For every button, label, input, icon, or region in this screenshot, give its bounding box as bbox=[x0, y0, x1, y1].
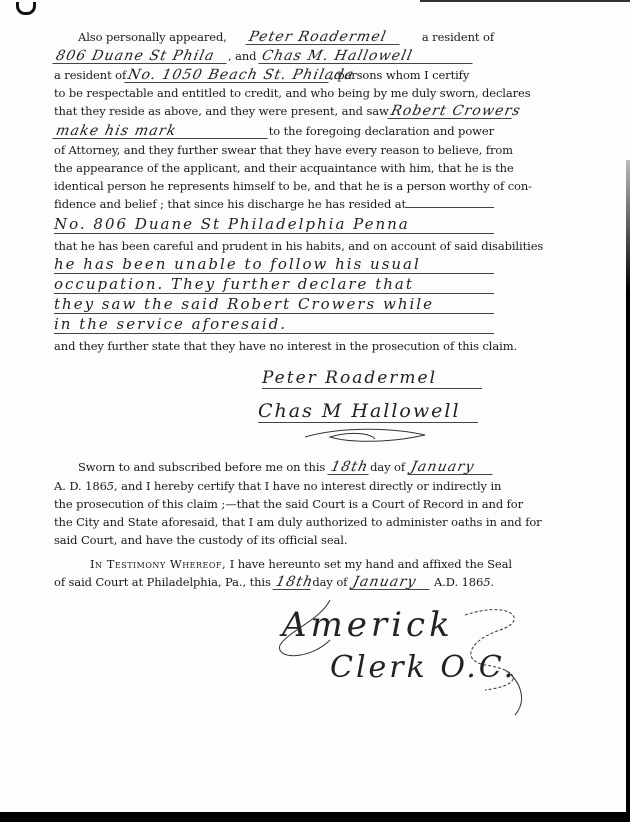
testimony-day-field: 18th bbox=[273, 575, 314, 590]
static-text: of said Court at Philadelphia, Pa., this bbox=[54, 575, 271, 589]
para1-line3: a resident of No. 1050 Beach St. Philada… bbox=[54, 68, 494, 83]
para1-line2: 806 Duane St Phila , and Chas M. Hallowe… bbox=[54, 49, 494, 64]
testimony-year-digit: 5. bbox=[483, 575, 494, 589]
para1-line6: make his mark to the foregoing declarati… bbox=[54, 124, 494, 139]
static-text: said Court, and have the custody of its … bbox=[54, 533, 347, 547]
static-text: , and bbox=[228, 49, 256, 63]
para1-line8: the appearance of the applicant, and the… bbox=[54, 161, 494, 175]
witness1-signature: Peter Roadermel bbox=[262, 368, 482, 389]
witness1-name-field: Peter Roadermel bbox=[246, 30, 403, 45]
static-text: , and I hereby certify that I have no in… bbox=[114, 479, 501, 493]
static-text: the City and State aforesaid, that I am … bbox=[54, 515, 542, 529]
para2-line4: the City and State aforesaid, that I am … bbox=[54, 515, 494, 529]
para1-line7: of Attorney, and they further swear that… bbox=[54, 143, 494, 157]
statement-line-1: he has been unable to follow his usual bbox=[54, 256, 494, 274]
static-text: that they reside as above, and they were… bbox=[54, 104, 389, 118]
static-text: identical person he represents himself t… bbox=[54, 179, 532, 193]
scan-bottom-edge bbox=[0, 812, 630, 822]
static-text: fidence and belief ; that since his disc… bbox=[54, 197, 406, 211]
witness2-address-field: No. 1050 Beach St. Philada bbox=[125, 68, 332, 83]
static-text: A. D. 186 bbox=[54, 479, 107, 493]
testimony-month-field: January bbox=[349, 575, 432, 590]
scan-top-edge bbox=[420, 0, 630, 2]
static-text: a resident of bbox=[54, 68, 126, 82]
static-text: the appearance of the applicant, and the… bbox=[54, 161, 514, 175]
applicant-name-field: Robert Crowers bbox=[387, 104, 514, 119]
blank-line bbox=[406, 197, 494, 208]
static-text: that he has been careful and prudent in … bbox=[54, 239, 543, 253]
clerk-flourish-icon bbox=[270, 590, 530, 720]
statement-line-2: occupation. They further declare that bbox=[54, 276, 494, 294]
static-text: to be respectable and entitled to credit… bbox=[54, 86, 531, 100]
sworn-month-field: January bbox=[407, 460, 496, 475]
para3-line2: of said Court at Philadelphia, Pa., this… bbox=[54, 575, 494, 590]
static-text: day of bbox=[312, 575, 347, 589]
static-text: A.D. 186 bbox=[434, 575, 483, 589]
static-text: day of bbox=[370, 460, 405, 474]
static-text: and they further state that they have no… bbox=[54, 339, 517, 353]
para1-line1: Also personally appeared, Peter Roaderme… bbox=[54, 30, 494, 45]
para1-line4: to be respectable and entitled to credit… bbox=[54, 86, 494, 100]
statement-line-4: in the service aforesaid. bbox=[54, 316, 494, 334]
witness2-name-field: Chas M. Hallowell bbox=[258, 49, 475, 64]
para3-line1: In Testimony Whereof, I have hereunto se… bbox=[54, 557, 494, 571]
para2-line2: A. D. 186 5 , and I hereby certify that … bbox=[54, 479, 494, 493]
static-text: to the foregoing declaration and power bbox=[269, 124, 494, 138]
para2-line5: said Court, and have the custody of its … bbox=[54, 533, 494, 547]
witness1-address-field: 806 Duane St Phila bbox=[52, 49, 229, 64]
para1-line5: that they reside as above, and they were… bbox=[54, 104, 494, 119]
static-text: of Attorney, and they further swear that… bbox=[54, 143, 513, 157]
static-text: I have hereunto set my hand and affixed … bbox=[230, 557, 512, 571]
para1-line9: identical person he represents himself t… bbox=[54, 179, 494, 193]
document-page: Also personally appeared, Peter Roaderme… bbox=[0, 0, 630, 822]
static-text: Sworn to and subscribed before me on thi… bbox=[78, 460, 325, 474]
static-text: a resident of bbox=[422, 30, 494, 44]
sworn-year-digit: 5 bbox=[107, 479, 114, 493]
scan-corner-mark bbox=[16, 2, 36, 15]
witness2-signature: Chas M Hallowell bbox=[258, 400, 478, 423]
residence-field: No. 806 Duane St Philadelphia Penna bbox=[54, 216, 494, 234]
para1-line10: fidence and belief ; that since his disc… bbox=[54, 197, 494, 211]
static-text: Also personally appeared, bbox=[78, 30, 227, 44]
testimony-heading: In Testimony Whereof, bbox=[90, 557, 226, 571]
scan-right-edge bbox=[626, 160, 630, 822]
para1-line17: and they further state that they have no… bbox=[54, 339, 494, 353]
statement-line-3: they saw the said Robert Crowers while bbox=[54, 296, 494, 314]
para2-line1: Sworn to and subscribed before me on thi… bbox=[54, 460, 494, 475]
signature-flourish-icon bbox=[300, 425, 430, 445]
static-text: the prosecution of this claim ;—that the… bbox=[54, 497, 523, 511]
applicant-action-field: make his mark bbox=[52, 124, 270, 139]
sworn-day-field: 18th bbox=[327, 460, 371, 475]
para1-line12: that he has been careful and prudent in … bbox=[54, 239, 494, 253]
para2-line3: the prosecution of this claim ;—that the… bbox=[54, 497, 494, 511]
